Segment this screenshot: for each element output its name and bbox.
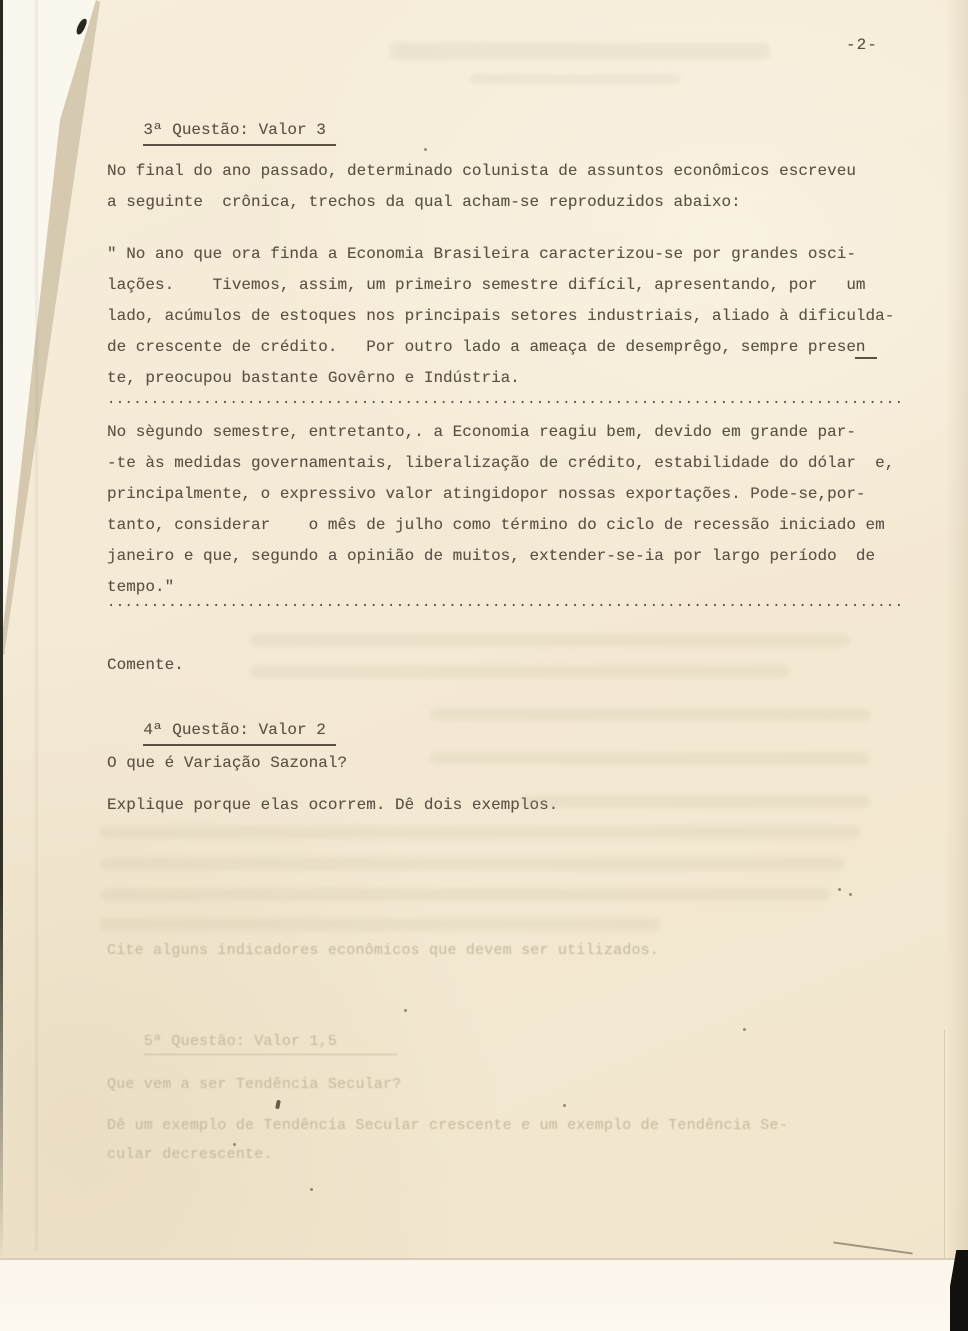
text-line: No sègundo semestre, entretanto,. a Econ… <box>107 417 894 448</box>
question-4-heading-text: 4ª Questão: Valor 2 <box>143 721 335 746</box>
bleedthrough-q5-heading-text: 5ª Questão: Valor 1,5 <box>144 1033 397 1055</box>
q4-instruction-line: Explique porque elas ocorrem. Dê dois ex… <box>107 790 558 821</box>
scanner-left-edge <box>0 0 3 1262</box>
ink-mark <box>275 1100 281 1110</box>
question-3-heading: 3ª Questão: Valor 3 <box>105 103 336 164</box>
bleedthrough-smudge <box>250 665 790 678</box>
q3-intro-paragraph: No final do ano passado, determinado col… <box>107 156 856 218</box>
paper-speck <box>743 1028 746 1031</box>
text-line: tanto, considerar o mês de julho como té… <box>107 510 894 541</box>
page-right-shadow <box>946 0 968 1261</box>
typewriter-underscore-mark <box>855 357 877 359</box>
bleedthrough-q5-heading: 5ª Questão: Valor 1,5 <box>107 1016 397 1072</box>
dotted-separator-2: ........................................… <box>107 595 913 611</box>
page-corner-shadow <box>833 1241 912 1254</box>
paper-speck <box>233 1143 236 1146</box>
paper-speck <box>404 1009 407 1012</box>
page-number: -2- <box>846 36 878 54</box>
bleedthrough-smudge <box>100 888 830 901</box>
bleedthrough-smudge <box>100 918 660 931</box>
bleedthrough-cite-line: Cite alguns indicadores econômicos que d… <box>107 942 659 959</box>
q3-quote-first-part: " No ano que ora finda a Economia Brasil… <box>107 239 894 394</box>
text-line: a seguinte crônica, trechos da qual acha… <box>107 187 856 218</box>
bleedthrough-line: Que vem a ser Tendência Secular? <box>107 1076 401 1093</box>
paper-speck <box>310 1188 313 1191</box>
paper-speck <box>563 1104 566 1107</box>
text-line: No final do ano passado, determinado col… <box>107 156 856 187</box>
paper-speck <box>838 888 841 891</box>
text-line: lado, acúmulos de estoques nos principai… <box>107 301 894 332</box>
bleedthrough-smudge <box>100 826 860 839</box>
bleedthrough-smudge <box>100 857 845 870</box>
bleedthrough-line: cular decrescente. <box>107 1146 273 1163</box>
q3-quote-second-part: No sègundo semestre, entretanto,. a Econ… <box>107 417 894 603</box>
text-line: principalmente, o expressivo valor ating… <box>107 479 894 510</box>
dotted-separator-1: ........................................… <box>107 392 913 408</box>
text-line: te, preocupou bastante Govêrno e Indústr… <box>107 363 894 394</box>
paper-speck <box>849 893 852 896</box>
text-line: de crescente de crédito. Por outro lado … <box>107 332 894 363</box>
bleedthrough-smudge <box>250 634 850 647</box>
folded-corner-underlay <box>0 0 110 660</box>
text-line: " No ano que ora finda a Economia Brasil… <box>107 239 894 270</box>
paper-crease <box>34 0 39 1251</box>
bleedthrough-smudge <box>520 795 870 808</box>
bleedthrough-line: Dê um exemplo de Tendência Secular cresc… <box>107 1117 788 1134</box>
underlying-sheet-strip <box>0 1258 968 1331</box>
paper-speck <box>424 148 427 151</box>
question-3-heading-text: 3ª Questão: Valor 3 <box>143 121 335 146</box>
text-line: janeiro e que, segundo a opinião de muit… <box>107 541 894 572</box>
q3-prompt: Comente. <box>107 650 184 681</box>
bleedthrough-smudge <box>470 74 680 84</box>
text-line: -te às medidas governamentais, liberaliz… <box>107 448 894 479</box>
bleedthrough-smudge <box>430 708 870 721</box>
scanned-exam-page: -2- 3ª Questão: Valor 3 No final do ano … <box>0 0 968 1331</box>
paper-crease-line <box>944 1030 945 1258</box>
text-line: lações. Tivemos, assim, um primeiro seme… <box>107 270 894 301</box>
bleedthrough-smudge <box>430 752 870 765</box>
bleedthrough-smudge <box>390 42 770 60</box>
q4-question-line: O que é Variação Sazonal? <box>107 748 347 779</box>
